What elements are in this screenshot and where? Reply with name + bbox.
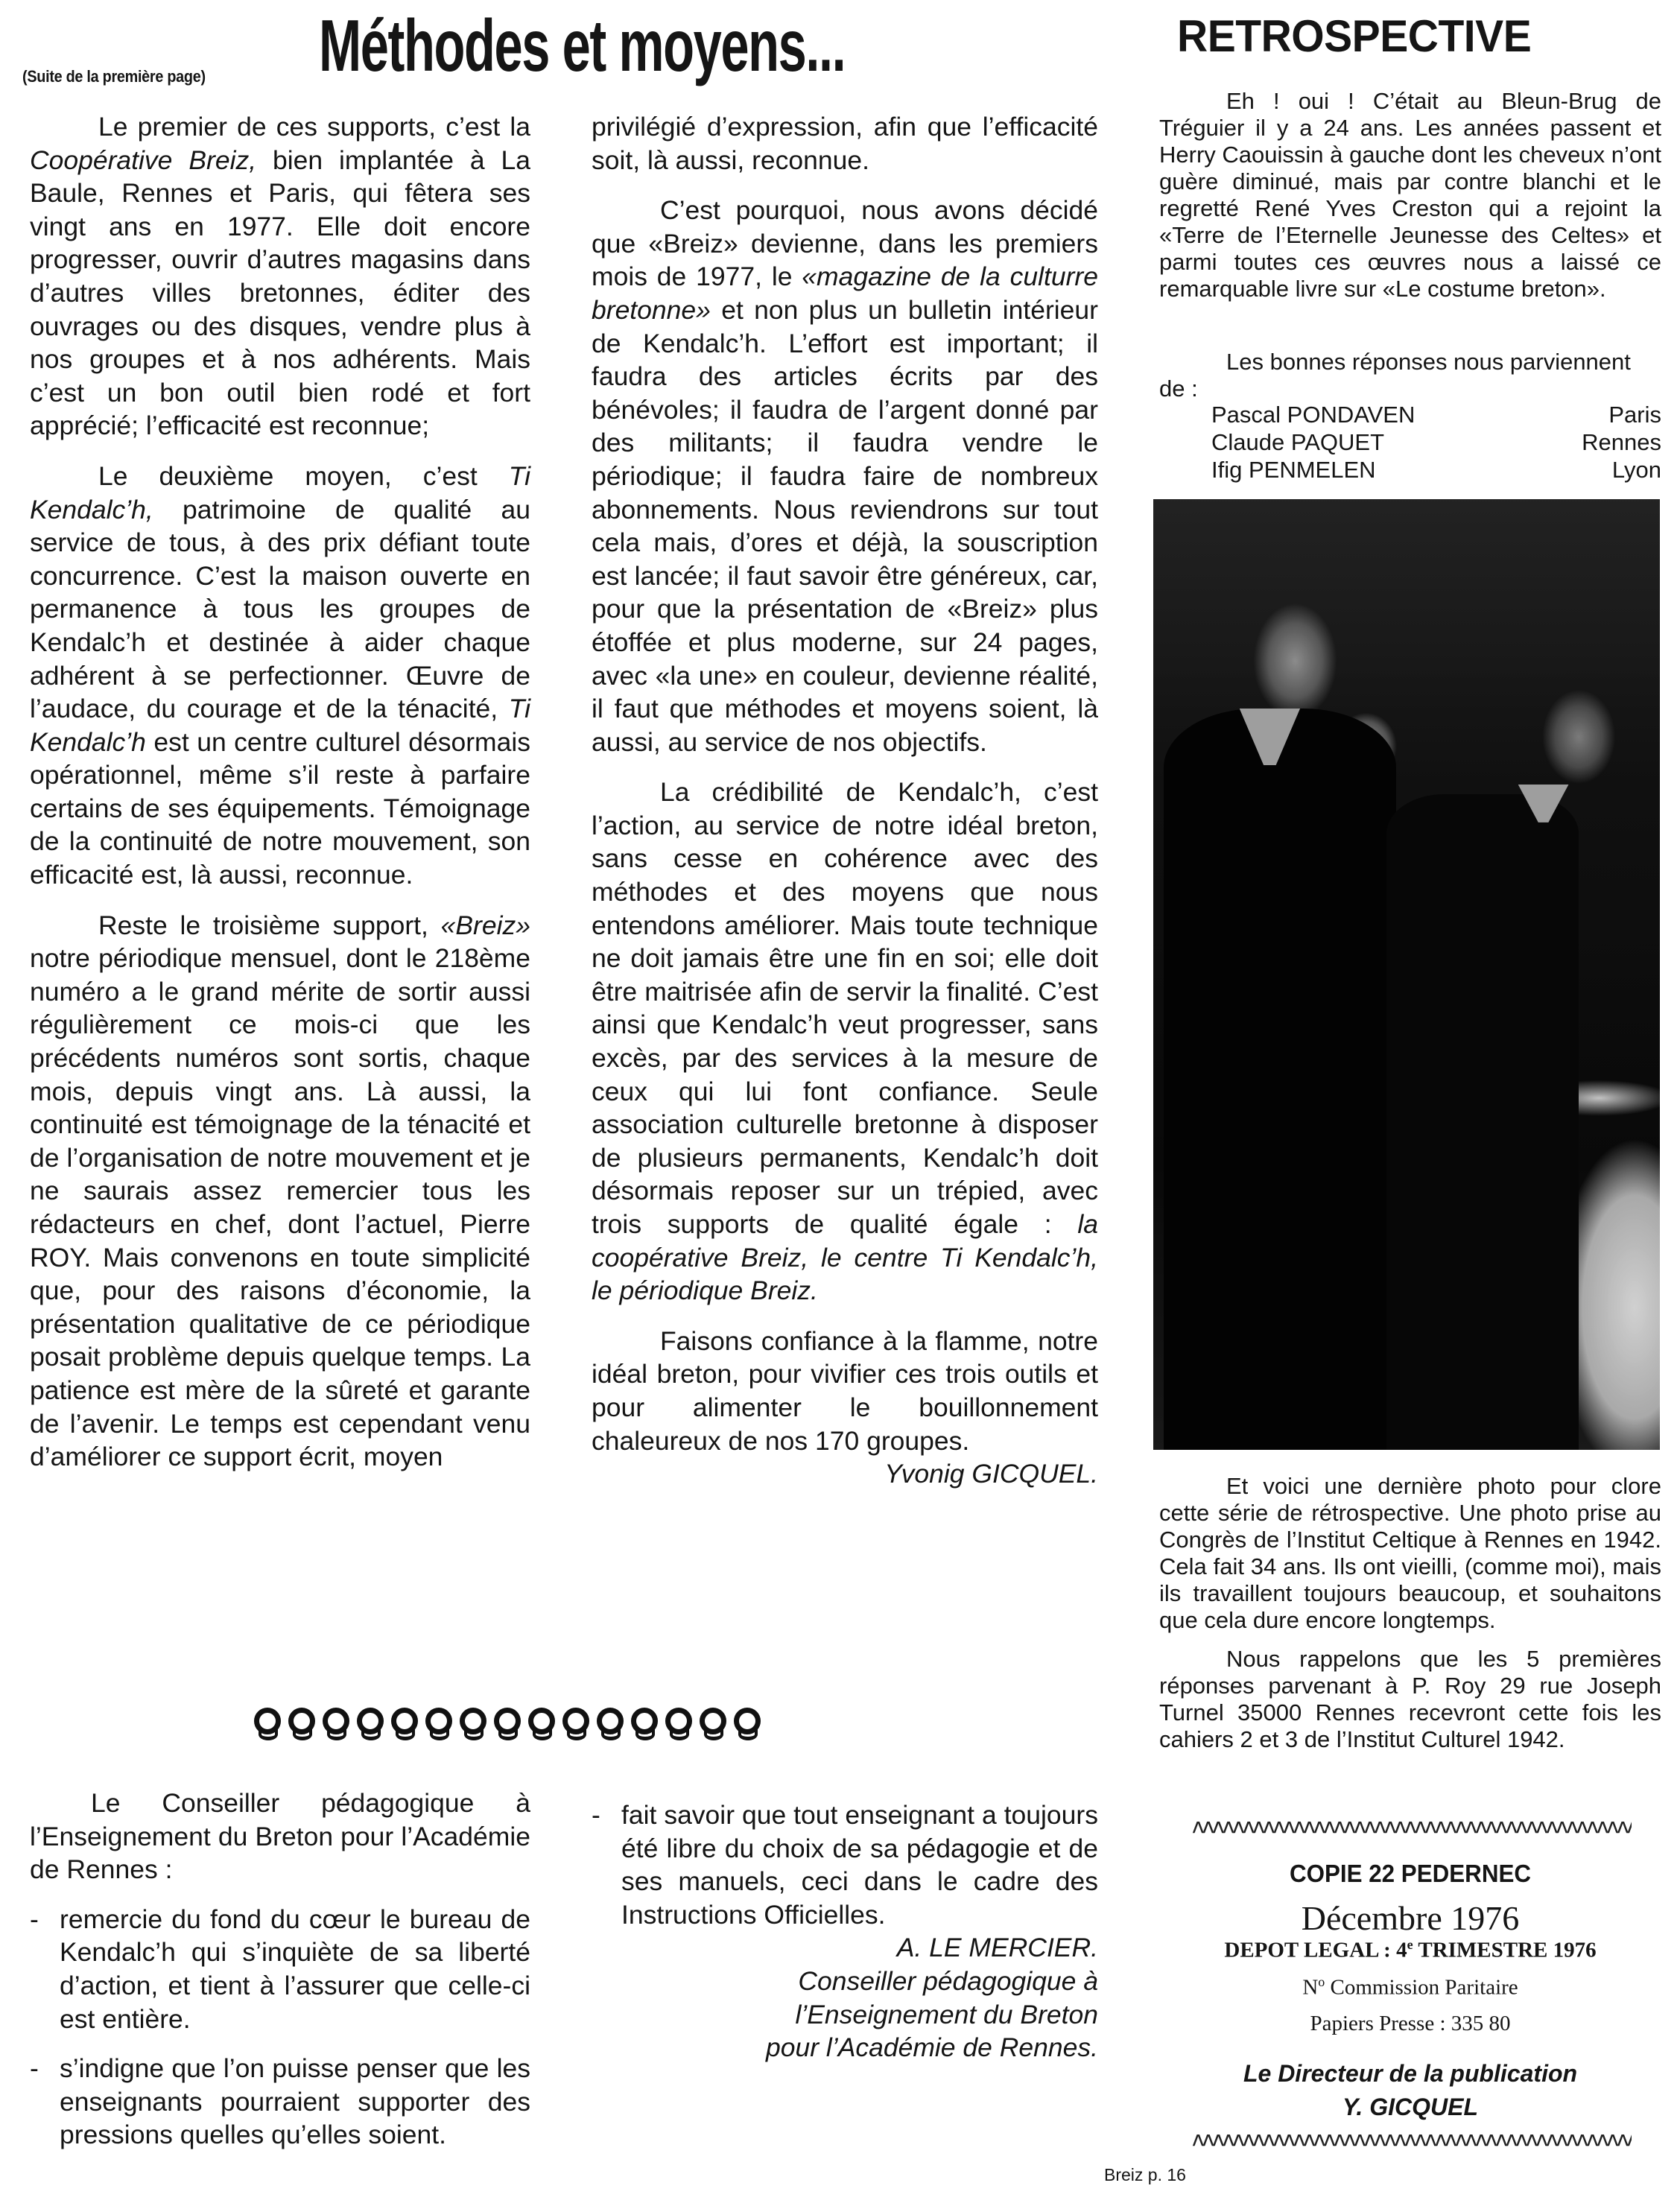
archive-photo bbox=[1153, 499, 1660, 1450]
answer-row: Ifig PENMELENLyon bbox=[1211, 456, 1661, 484]
article-paragraph-2: Le deuxième moyen, c’est Ti Kendalc’h, p… bbox=[30, 460, 530, 892]
article-paragraph-5: La crédibilité de Kendalc’h, c’est l’act… bbox=[592, 776, 1098, 1308]
article-title: Méthodes et moyens... bbox=[319, 4, 845, 86]
notice-signature-title: Conseiller pédagogique à bbox=[592, 1965, 1098, 1998]
photo-caption: Et voici une dernière photo pour clore c… bbox=[1159, 1473, 1661, 1765]
squiggle-divider-top: ʌʌʌʌʌʌʌʌʌʌʌʌʌʌʌʌʌʌʌʌʌʌʌʌʌʌʌʌʌʌʌʌʌʌʌʌʌʌʌʌ… bbox=[1192, 1815, 1632, 1837]
sidebar-title: RETROSPECTIVE bbox=[1177, 10, 1531, 63]
publication-director-label: Le Directeur de la publication bbox=[1159, 2060, 1661, 2088]
article-paragraph-1: Le premier de ces supports, c’est la Coo… bbox=[30, 110, 530, 443]
publication-director-name: Y. GICQUEL bbox=[1159, 2094, 1661, 2121]
answers-list: Pascal PONDAVENParis Claude PAQUETRennes… bbox=[1211, 401, 1661, 484]
depot-legal: DEPOT LEGAL : 4e TRIMESTRE 1976 bbox=[1159, 1937, 1661, 1963]
notice-item: - remercie du fond du cœur le bureau de … bbox=[30, 1903, 530, 2035]
notice-item: - fait savoir que tout enseignant a touj… bbox=[592, 1799, 1098, 1931]
issue-date: Décembre 1976 bbox=[1159, 1898, 1661, 1938]
answer-row: Pascal PONDAVENParis bbox=[1211, 401, 1661, 428]
article-signature: Yvonig GICQUEL. bbox=[592, 1457, 1098, 1491]
page-number: Breiz p. 16 bbox=[1104, 2165, 1186, 2185]
notice-signature-title: l’Enseignement du Breton bbox=[592, 1998, 1098, 2032]
copie-line: COPIE 22 PEDERNEC bbox=[1172, 1860, 1649, 1888]
notice-signature-title: pour l’Académie de Rennes. bbox=[592, 2031, 1098, 2064]
commission-paritaire: No Commission Paritaire bbox=[1159, 1974, 1661, 2000]
squiggle-divider-bottom: ʌʌʌʌʌʌʌʌʌʌʌʌʌʌʌʌʌʌʌʌʌʌʌʌʌʌʌʌʌʌʌʌʌʌʌʌʌʌʌʌ… bbox=[1192, 2128, 1632, 2150]
notice-intro: Le Conseiller pédagogique à l’Enseigneme… bbox=[30, 1787, 530, 1886]
article-paragraph-continued: privilégié d’expression, afin que l’effi… bbox=[592, 110, 1098, 177]
retrospective-intro: Eh ! oui ! C’était au Bleun-Brug de Trég… bbox=[1159, 88, 1661, 314]
notice-item: - s’indigne que l’on puisse penser que l… bbox=[30, 2052, 530, 2152]
photo-figure-right bbox=[1386, 794, 1579, 1450]
answers-intro: Les bonnes réponses nous parviennent de … bbox=[1159, 349, 1661, 402]
article-paragraph-3: Reste le troisième support, «Breiz» notr… bbox=[30, 909, 530, 1474]
notice-signature-name: A. LE MERCIER. bbox=[592, 1931, 1098, 1965]
article-paragraph-6: Faisons confiance à la flamme, notre idé… bbox=[592, 1325, 1098, 1457]
papiers-presse: Papiers Presse : 335 80 bbox=[1159, 2012, 1661, 2036]
article-middle-column: privilégié d’expression, afin que l’effi… bbox=[592, 110, 1098, 1491]
notice-left-column: Le Conseiller pédagogique à l’Enseigneme… bbox=[30, 1787, 530, 2152]
article-paragraph-4: C’est pourquoi, nous avons décidé que «B… bbox=[592, 194, 1098, 758]
decorative-border-icon bbox=[251, 1701, 787, 1746]
continued-note: (Suite de la première page) bbox=[22, 67, 206, 86]
article-left-column: Le premier de ces supports, c’est la Coo… bbox=[30, 110, 530, 1491]
notice-middle-column: - fait savoir que tout enseignant a touj… bbox=[592, 1799, 1098, 2064]
answer-row: Claude PAQUETRennes bbox=[1211, 428, 1661, 456]
photo-figure-left bbox=[1164, 709, 1397, 1450]
